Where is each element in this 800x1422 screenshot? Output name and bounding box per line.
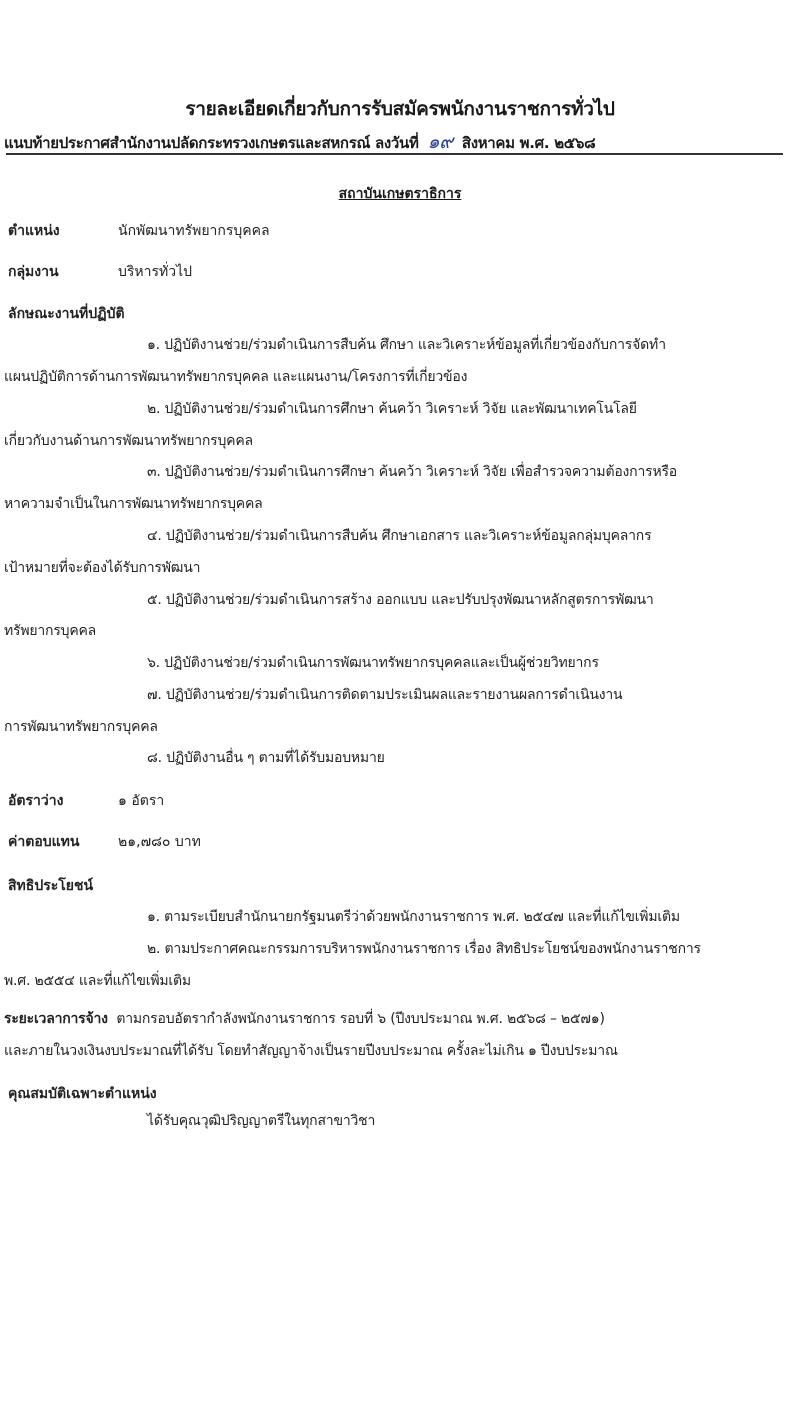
header-divider bbox=[6, 153, 783, 155]
document-page: รายละเอียดเกี่ยวกับการรับสมัครพนักงานราช… bbox=[0, 0, 800, 1422]
handwritten-date-day: ๑๙ bbox=[428, 131, 453, 153]
position-label: ตำแหน่ง bbox=[8, 220, 60, 242]
duty-item-5-line2: ทรัพยากรบุคคล bbox=[4, 620, 96, 642]
vacancy-row: อัตราว่าง ๑ อัตรา bbox=[8, 790, 63, 812]
compensation-value: ๒๑,๗๘๐ บาท bbox=[118, 831, 201, 853]
benefit-item-2-line2: พ.ศ. ๒๕๕๔ และที่แก้ไขเพิ่มเติม bbox=[4, 970, 191, 992]
employment-period-label: ระยะเวลาการจ้าง bbox=[4, 1011, 108, 1027]
duties-heading: ลักษณะงานที่ปฏิบัติ bbox=[8, 303, 125, 325]
compensation-label: ค่าตอบแทน bbox=[8, 831, 79, 853]
duty-item-3-line2: หาความจำเป็นในการพัฒนาทรัพยากรบุคคล bbox=[4, 493, 263, 515]
employment-period-row: ระยะเวลาการจ้าง ตามกรอบอัตรากำลังพนักงาน… bbox=[4, 1008, 605, 1030]
duty-item-7-line1: ๗. ปฏิบัติงานช่วย/ร่วมดำเนินการติดตามประ… bbox=[147, 684, 622, 706]
vacancy-label: อัตราว่าง bbox=[8, 790, 63, 812]
duty-item-3-line1: ๓. ปฏิบัติงานช่วย/ร่วมดำเนินการศึกษา ค้น… bbox=[147, 461, 677, 483]
work-group-value: บริหารทั่วไป bbox=[118, 261, 192, 283]
subtitle-suffix: สิงหาคม พ.ศ. ๒๕๖๘ bbox=[462, 134, 596, 152]
vacancy-value: ๑ อัตรา bbox=[118, 790, 164, 812]
qualifications-heading: คุณสมบัติเฉพาะตำแหน่ง bbox=[8, 1083, 157, 1105]
duty-item-8-line1: ๘. ปฏิบัติงานอื่น ๆ ตามที่ได้รับมอบหมาย bbox=[147, 747, 385, 769]
duty-item-4-line1: ๔. ปฏิบัติงานช่วย/ร่วมดำเนินการสืบค้น ศึ… bbox=[147, 525, 651, 547]
duty-item-1-line2: แผนปฏิบัติการด้านการพัฒนาทรัพยากรบุคคล แ… bbox=[4, 366, 467, 388]
subtitle-prefix: แนบท้ายประกาศสำนักงานปลัดกระทรวงเกษตรและ… bbox=[4, 134, 419, 152]
duty-item-4-line2: เป้าหมายที่จะต้องได้รับการพัฒนา bbox=[4, 557, 200, 579]
qualifications-value: ได้รับคุณวุฒิปริญญาตรีในทุกสาขาวิชา bbox=[147, 1110, 375, 1132]
position-value: นักพัฒนาทรัพยากรบุคคล bbox=[118, 220, 270, 242]
duty-item-1-line1: ๑. ปฏิบัติงานช่วย/ร่วมดำเนินการสืบค้น ศึ… bbox=[147, 334, 666, 356]
document-title: รายละเอียดเกี่ยวกับการรับสมัครพนักงานราช… bbox=[0, 94, 800, 124]
compensation-row: ค่าตอบแทน ๒๑,๗๘๐ บาท bbox=[8, 831, 79, 853]
duty-item-6-line1: ๖. ปฏิบัติงานช่วย/ร่วมดำเนินการพัฒนาทรัพ… bbox=[147, 652, 599, 674]
duty-item-2-line2: เกี่ยวกับงานด้านการพัฒนาทรัพยากรบุคคล bbox=[4, 430, 253, 452]
benefit-item-2-line1: ๒. ตามประกาศคณะกรรมการบริหารพนักงานราชกา… bbox=[147, 938, 701, 960]
work-group-label: กลุ่มงาน bbox=[8, 261, 59, 283]
employment-period-line2: และภายในวงเงินงบประมาณที่ได้รับ โดยทำสัญ… bbox=[4, 1040, 618, 1062]
employment-period-line1: ตามกรอบอัตรากำลังพนักงานราชการ รอบที่ ๖ … bbox=[116, 1011, 604, 1027]
agency-heading: สถาบันเกษตราธิการ bbox=[0, 183, 800, 205]
work-group-row: กลุ่มงาน บริหารทั่วไป bbox=[8, 261, 59, 283]
position-row: ตำแหน่ง นักพัฒนาทรัพยากรบุคคล bbox=[8, 220, 60, 242]
benefit-item-1-line1: ๑. ตามระเบียบสำนักนายกรัฐมนตรีว่าด้วยพนั… bbox=[147, 906, 680, 928]
benefits-heading: สิทธิประโยชน์ bbox=[8, 875, 93, 897]
duty-item-7-line2: การพัฒนาทรัพยากรบุคคล bbox=[4, 716, 158, 738]
duty-item-5-line1: ๕. ปฏิบัติงานช่วย/ร่วมดำเนินการสร้าง ออก… bbox=[147, 589, 654, 611]
duty-item-2-line1: ๒. ปฏิบัติงานช่วย/ร่วมดำเนินการศึกษา ค้น… bbox=[147, 398, 637, 420]
